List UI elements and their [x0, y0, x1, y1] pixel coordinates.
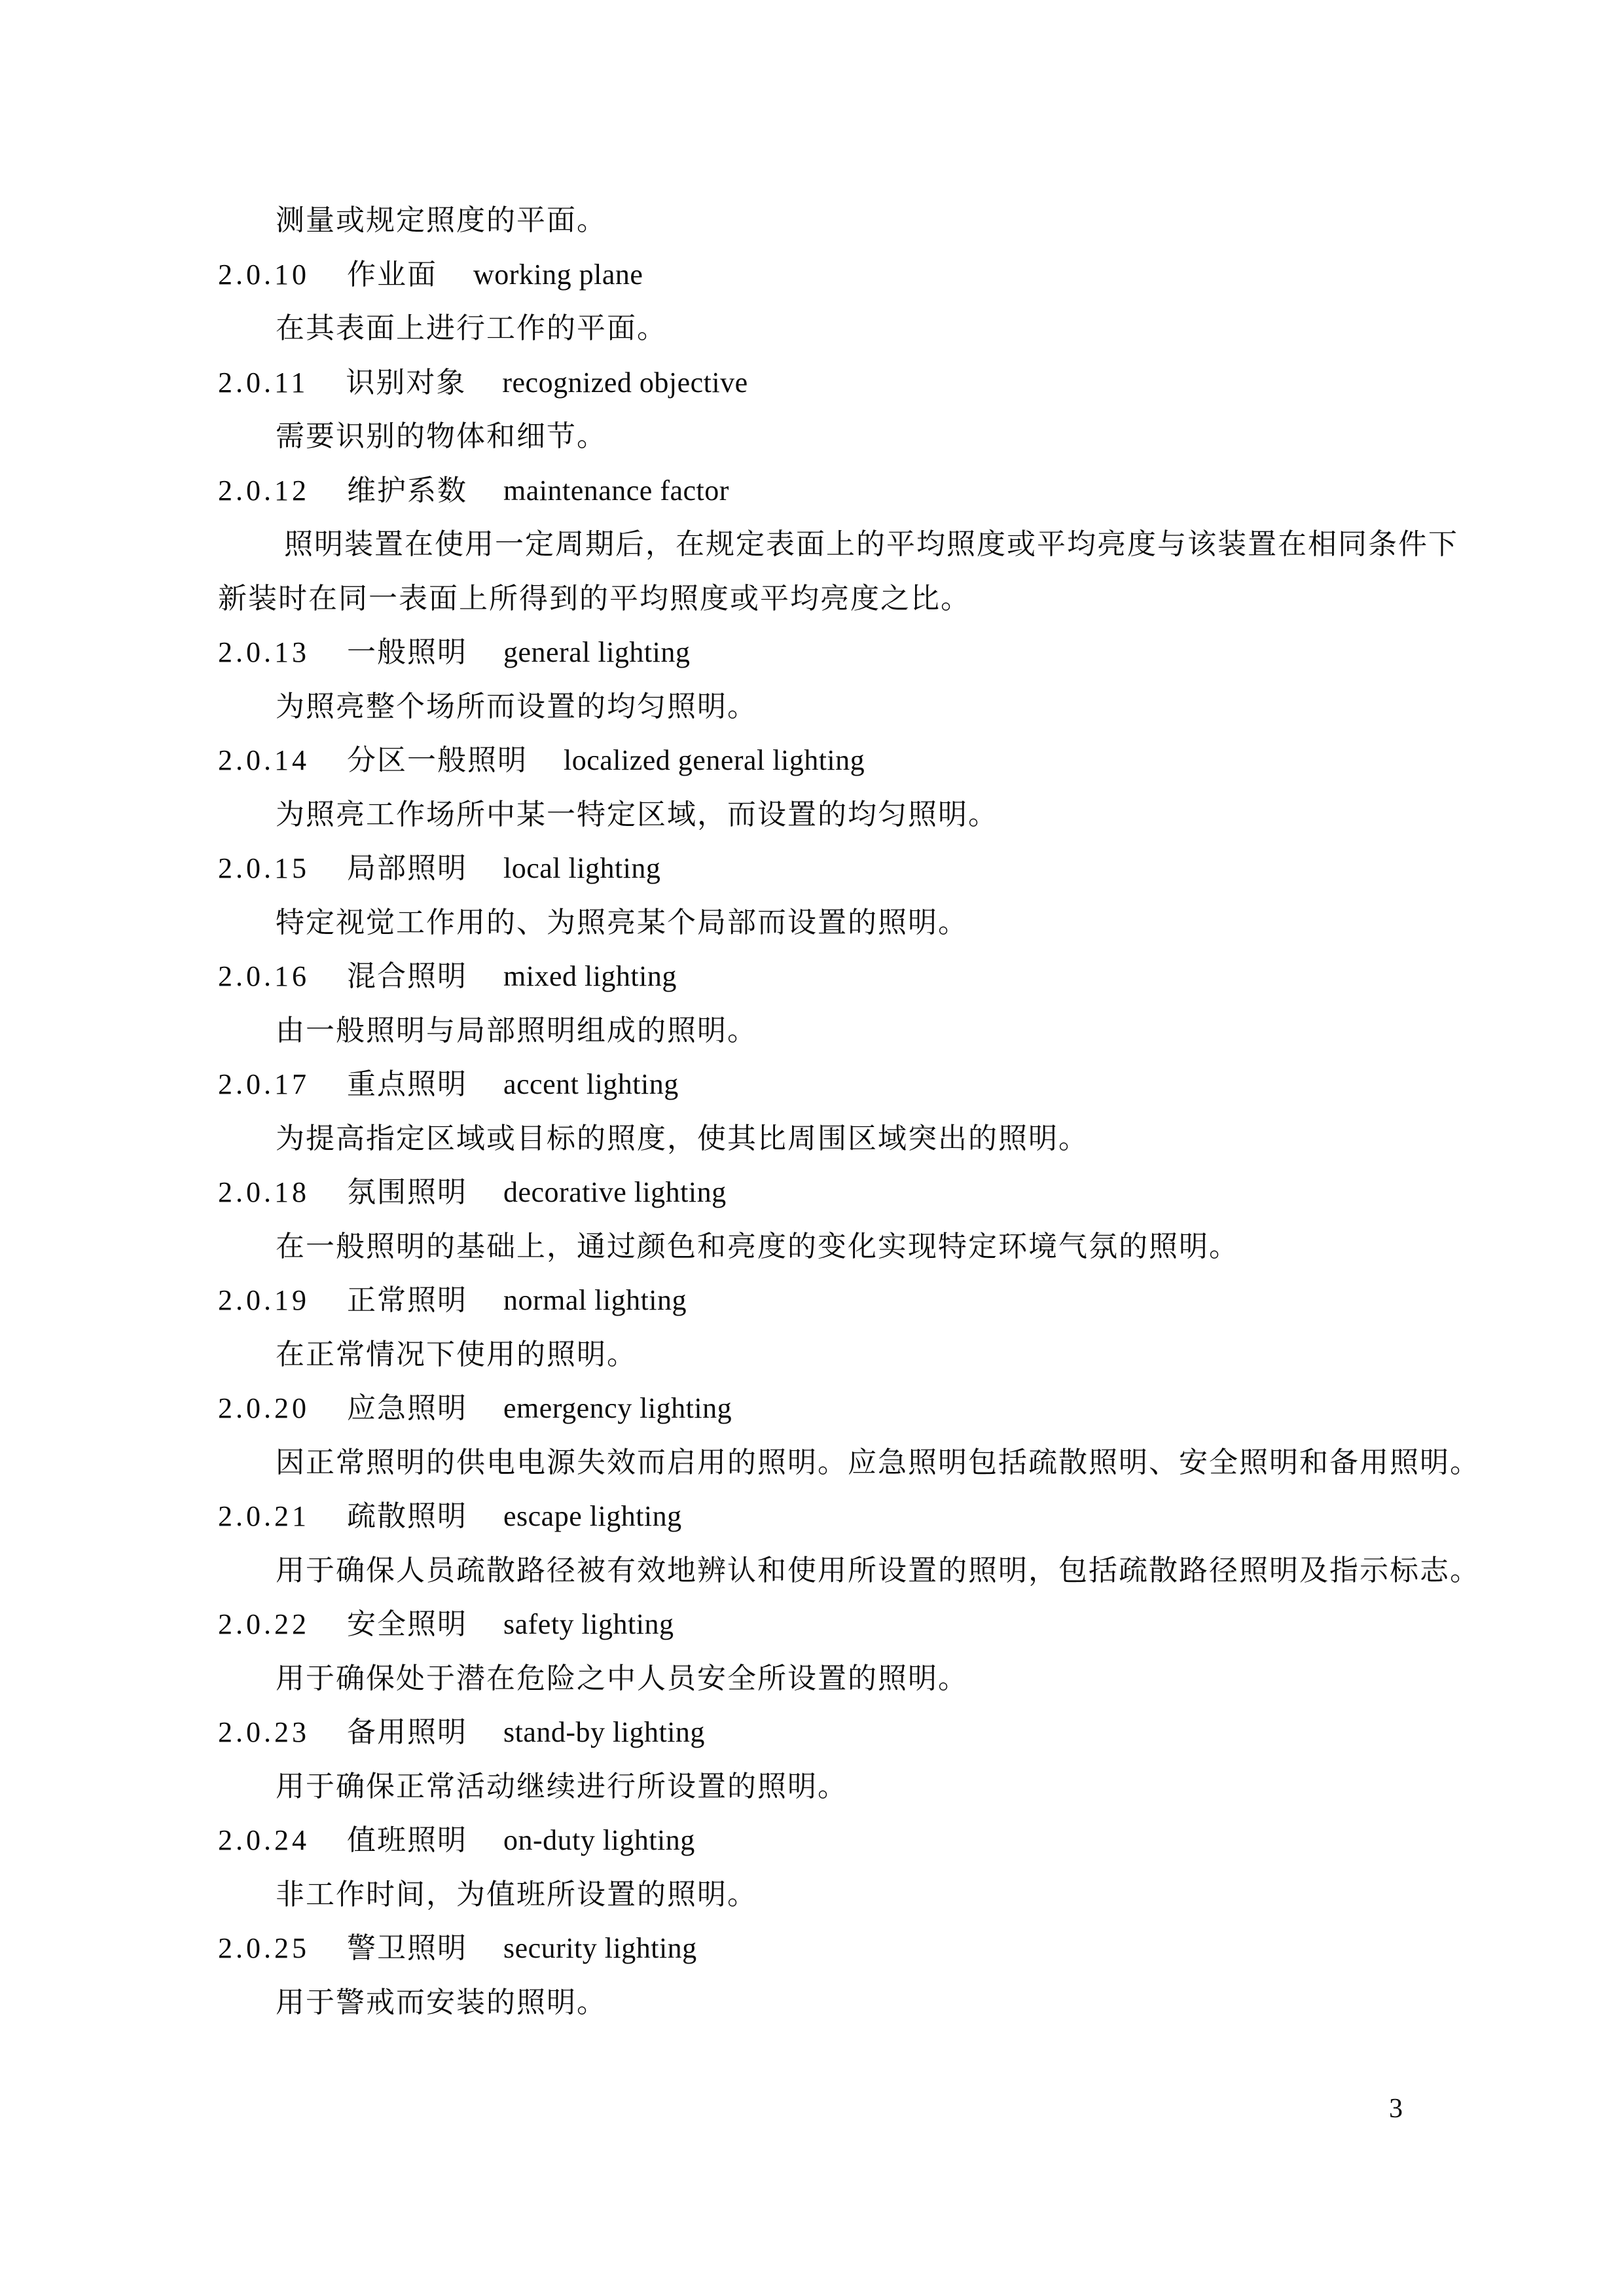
- definition-line: 非工作时间，为值班所设置的照明。: [218, 1868, 1419, 1922]
- term-heading: 2.0.22 安全照明 safety lighting: [218, 1598, 1419, 1652]
- term-number: 2.0.23: [218, 1716, 310, 1748]
- term-heading: 2.0.21 疏散照明 escape lighting: [218, 1490, 1419, 1544]
- term-chinese: 维护系数: [347, 475, 467, 507]
- definition-line: 因正常照明的供电电源失效而启用的照明。应急照明包括疏散照明、安全照明和备用照明。: [218, 1436, 1419, 1490]
- definition-line: 由一般照明与局部照明组成的照明。: [218, 1004, 1419, 1058]
- term-chinese: 安全照明: [347, 1608, 467, 1640]
- definition-wrap-line: 新装时在同一表面上所得到的平均照度或平均亮度之比。: [218, 572, 1419, 626]
- term-english: decorative lighting: [503, 1176, 727, 1208]
- term-heading: 2.0.16 混合照明 mixed lighting: [218, 950, 1419, 1004]
- term-english: working plane: [473, 259, 643, 291]
- term-chinese: 局部照明: [347, 852, 467, 884]
- term-english: security lighting: [503, 1932, 697, 1964]
- term-number: 2.0.14: [218, 744, 310, 776]
- definition-line: 需要识别的物体和细节。: [218, 410, 1419, 464]
- term-number: 2.0.12: [218, 475, 310, 507]
- term-number: 2.0.11: [218, 367, 308, 399]
- document-page: 测量或规定照度的平面。 2.0.10 作业面 working plane 在其表…: [0, 0, 1624, 2296]
- page-number: 3: [1389, 2089, 1403, 2128]
- term-heading: 2.0.24 值班照明 on-duty lighting: [218, 1814, 1419, 1868]
- term-heading: 2.0.14 分区一般照明 localized general lighting: [218, 734, 1419, 788]
- term-english: recognized objective: [502, 367, 748, 399]
- definition-line: 特定视觉工作用的、为照亮某个局部而设置的照明。: [218, 896, 1419, 950]
- term-chinese: 正常照明: [347, 1284, 467, 1316]
- term-chinese: 氛围照明: [347, 1176, 467, 1208]
- term-number: 2.0.18: [218, 1176, 310, 1208]
- term-heading: 2.0.13 一般照明 general lighting: [218, 626, 1419, 680]
- definition-line: 为照亮整个场所而设置的均匀照明。: [218, 680, 1419, 734]
- term-number: 2.0.24: [218, 1824, 310, 1856]
- term-number: 2.0.15: [218, 852, 310, 884]
- term-chinese: 重点照明: [347, 1068, 467, 1100]
- term-heading: 2.0.10 作业面 working plane: [218, 248, 1419, 302]
- term-chinese: 混合照明: [347, 960, 467, 992]
- term-chinese: 分区一般照明: [347, 744, 528, 776]
- term-english: general lighting: [503, 636, 690, 668]
- term-chinese: 值班照明: [347, 1824, 467, 1856]
- term-number: 2.0.17: [218, 1068, 310, 1100]
- term-heading: 2.0.23 备用照明 stand-by lighting: [218, 1706, 1419, 1760]
- term-number: 2.0.13: [218, 636, 310, 668]
- term-heading: 2.0.11 识别对象 recognized objective: [218, 356, 1419, 410]
- definition-line: 在正常情况下使用的照明。: [218, 1328, 1419, 1382]
- terminology-list: 测量或规定照度的平面。 2.0.10 作业面 working plane 在其表…: [218, 194, 1419, 2030]
- term-number: 2.0.19: [218, 1284, 310, 1316]
- definition-line: 用于警戒而安装的照明。: [218, 1976, 1419, 2030]
- term-english: mixed lighting: [503, 960, 677, 992]
- definition-line: 用于确保处于潜在危险之中人员安全所设置的照明。: [218, 1652, 1419, 1706]
- term-english: stand-by lighting: [503, 1716, 705, 1748]
- term-heading: 2.0.19 正常照明 normal lighting: [218, 1274, 1419, 1328]
- term-chinese: 应急照明: [347, 1392, 467, 1424]
- term-number: 2.0.21: [218, 1500, 310, 1532]
- term-english: localized general lighting: [564, 744, 865, 776]
- term-number: 2.0.20: [218, 1392, 310, 1424]
- definition-line: 为照亮工作场所中某一特定区域，而设置的均匀照明。: [218, 788, 1419, 842]
- definition-line: 用于确保人员疏散路径被有效地辨认和使用所设置的照明，包括疏散路径照明及指示标志。: [218, 1544, 1419, 1598]
- definition-line: 照明装置在使用一定周期后，在规定表面上的平均照度或平均亮度与该装置在相同条件下: [218, 518, 1419, 572]
- term-english: accent lighting: [503, 1068, 679, 1100]
- term-heading: 2.0.18 氛围照明 decorative lighting: [218, 1166, 1419, 1220]
- term-number: 2.0.22: [218, 1608, 310, 1640]
- term-chinese: 疏散照明: [347, 1500, 467, 1532]
- term-chinese: 警卫照明: [347, 1932, 467, 1964]
- term-heading: 2.0.25 警卫照明 security lighting: [218, 1922, 1419, 1976]
- term-heading: 2.0.20 应急照明 emergency lighting: [218, 1382, 1419, 1436]
- term-english: safety lighting: [503, 1608, 674, 1640]
- definition-line: 为提高指定区域或目标的照度，使其比周围区域突出的照明。: [218, 1112, 1419, 1166]
- definition-line: 在其表面上进行工作的平面。: [218, 302, 1419, 356]
- term-number: 2.0.10: [218, 259, 310, 291]
- term-number: 2.0.25: [218, 1932, 310, 1964]
- term-chinese: 作业面: [347, 259, 437, 291]
- term-heading: 2.0.12 维护系数 maintenance factor: [218, 464, 1419, 518]
- term-english: escape lighting: [503, 1500, 682, 1532]
- term-english: emergency lighting: [503, 1392, 732, 1424]
- term-chinese: 备用照明: [347, 1716, 467, 1748]
- term-heading: 2.0.15 局部照明 local lighting: [218, 842, 1419, 896]
- term-english: normal lighting: [503, 1284, 687, 1316]
- term-heading: 2.0.17 重点照明 accent lighting: [218, 1058, 1419, 1112]
- term-english: maintenance factor: [503, 475, 729, 507]
- term-number: 2.0.16: [218, 960, 310, 992]
- term-chinese: 识别对象: [346, 367, 466, 399]
- term-english: on-duty lighting: [503, 1824, 695, 1856]
- term-english: local lighting: [503, 852, 660, 884]
- term-chinese: 一般照明: [347, 636, 467, 668]
- definition-line: 用于确保正常活动继续进行所设置的照明。: [218, 1760, 1419, 1814]
- definition-continuation-line: 测量或规定照度的平面。: [218, 194, 1419, 248]
- definition-line: 在一般照明的基础上，通过颜色和亮度的变化实现特定环境气氛的照明。: [218, 1220, 1419, 1274]
